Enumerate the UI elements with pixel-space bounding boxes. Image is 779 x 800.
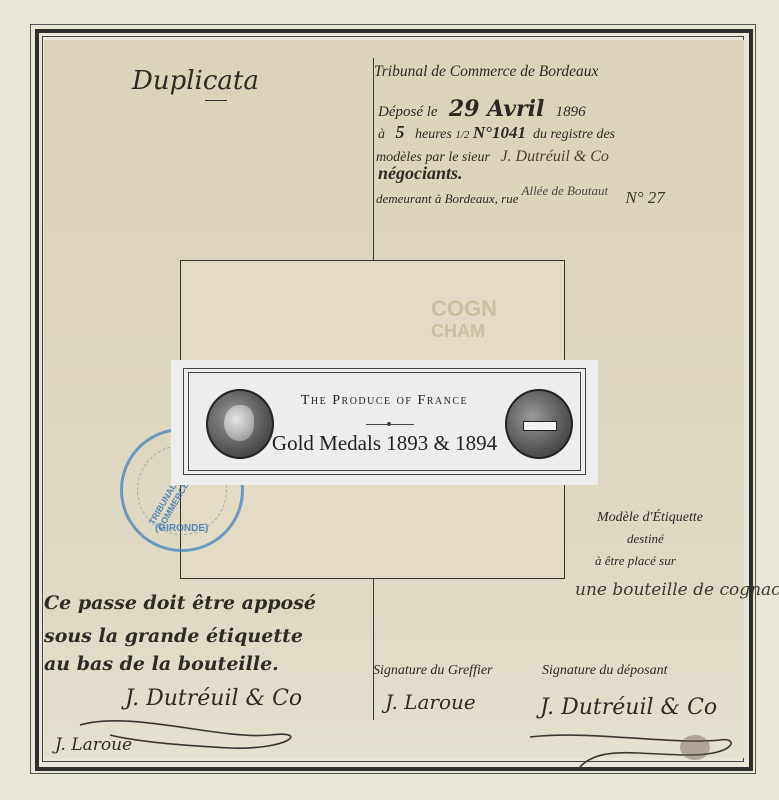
greffier-label: Signature du Greffier [373,663,493,679]
ghost-text-2: CHAM [431,321,485,342]
street-name: Allée de Boutaut [522,183,609,198]
cognac-label: The Produce of France Gold Medals 1893 &… [171,360,598,485]
residence-line: demeurant à Bordeaux, rue Allée de Bouta… [376,188,665,208]
tribunal-title: Tribunal de Commerce de Bordeaux [374,63,598,81]
duplicata-underline [205,100,227,101]
model-number: N° 27 [625,188,664,207]
register-text: du registre des [533,127,615,142]
deposant-signature: J. Dutréuil & Co [540,695,717,720]
deposant-label: Signature du déposant [542,663,667,679]
deposit-line: Déposé le 29 Avril 1896 [378,96,586,122]
deposit-hour: 5 [396,122,405,142]
hour-fraction: 1/2 [455,129,469,141]
right-note-line-1: Modèle d'Étiquette [597,510,703,526]
left-signature-flourish [70,710,310,760]
time-prefix: à [378,127,385,142]
left-note-line-3: au bas de la bouteille. [44,653,279,675]
depositor-name: J. Dutréuil & Co [500,148,608,165]
right-note-line-2: destiné [627,531,664,547]
right-note-line-4: une bouteille de cognac [575,580,779,600]
depositor-profession: négociants. [378,163,463,184]
time-line: à 5 heures 1/2 N°1041 du registre des [378,122,615,143]
deposited-label: Déposé le [378,104,438,120]
label-divider-dot [387,422,391,426]
left-note-line-2: sous la grande étiquette [44,625,303,647]
stamp-bottom-text: (GIRONDE) [155,523,208,534]
deposit-year: 1896 [556,104,586,120]
ghost-text-1: COGN [431,296,497,322]
duplicata-mark: Duplicata [132,66,259,96]
greffier-signature: J. Laroue [385,690,476,714]
label-title: The Produce of France [171,393,598,409]
hour-suffix: heures [415,127,452,142]
left-depositor-signature: J. Dutréuil & Co [125,686,302,711]
left-note-line-1: Ce passe doit être apposé [44,592,316,614]
deposit-date: 29 Avril [449,96,545,122]
residence-text: demeurant à Bordeaux, rue [376,191,519,206]
right-note-line-3: à être placé sur [595,553,676,569]
register-number: N°1041 [473,123,526,142]
ink-stain [680,735,710,760]
label-subtitle: Gold Medals 1893 & 1894 [171,431,598,456]
